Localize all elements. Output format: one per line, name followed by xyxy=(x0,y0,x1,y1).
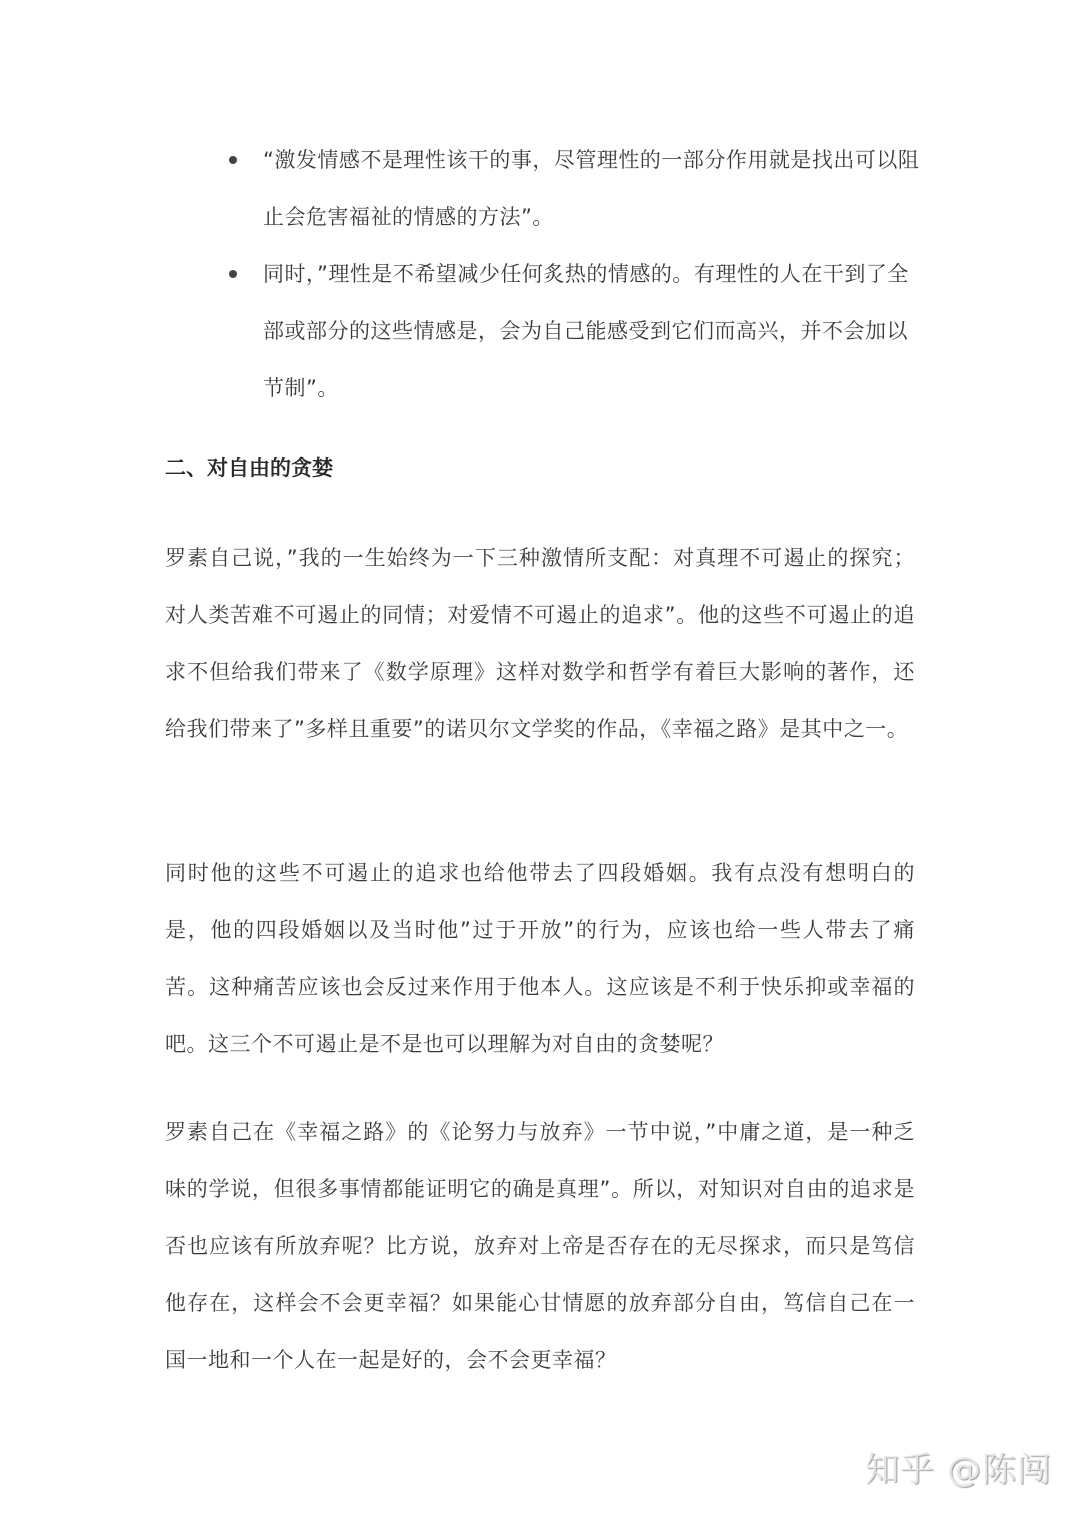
body-paragraph: 同时他的这些不可遏止的追求也给他带去了四段婚姻。我有点没有想明白的是，他的四段婚… xyxy=(165,845,915,1073)
document-page: “激发情感不是理性该干的事，尽管理性的一部分作用就是找出可以阻止会危害福祉的情感… xyxy=(0,0,1080,1527)
zhihu-watermark: 知乎 @陈闯 xyxy=(865,1442,1052,1491)
bullet-item: “激发情感不是理性该干的事，尽管理性的一部分作用就是找出可以阻止会危害福祉的情感… xyxy=(0,132,923,246)
bullet-dot-icon xyxy=(229,156,237,164)
body-paragraph: 罗素自己说，”我的一生始终为一下三种激情所支配：对真理不可遏止的探究；对人类苦难… xyxy=(165,530,915,758)
bullet-item: 同时，”理性是不希望减少任何炙热的情感的。有理性的人在干到了全部或部分的这些情感… xyxy=(0,246,923,417)
section-heading: 二、对自由的贪婪 xyxy=(165,448,333,488)
bullet-text: 同时，”理性是不希望减少任何炙热的情感的。有理性的人在干到了全部或部分的这些情感… xyxy=(263,262,909,400)
body-paragraph: 罗素自己在《幸福之路》的《论努力与放弃》一节中说，”中庸之道，是一种乏味的学说，… xyxy=(165,1104,915,1389)
quote-bullet-list: “激发情感不是理性该干的事，尽管理性的一部分作用就是找出可以阻止会危害福祉的情感… xyxy=(0,132,1080,417)
bullet-dot-icon xyxy=(229,270,237,278)
bullet-text: “激发情感不是理性该干的事，尽管理性的一部分作用就是找出可以阻止会危害福祉的情感… xyxy=(263,148,919,229)
